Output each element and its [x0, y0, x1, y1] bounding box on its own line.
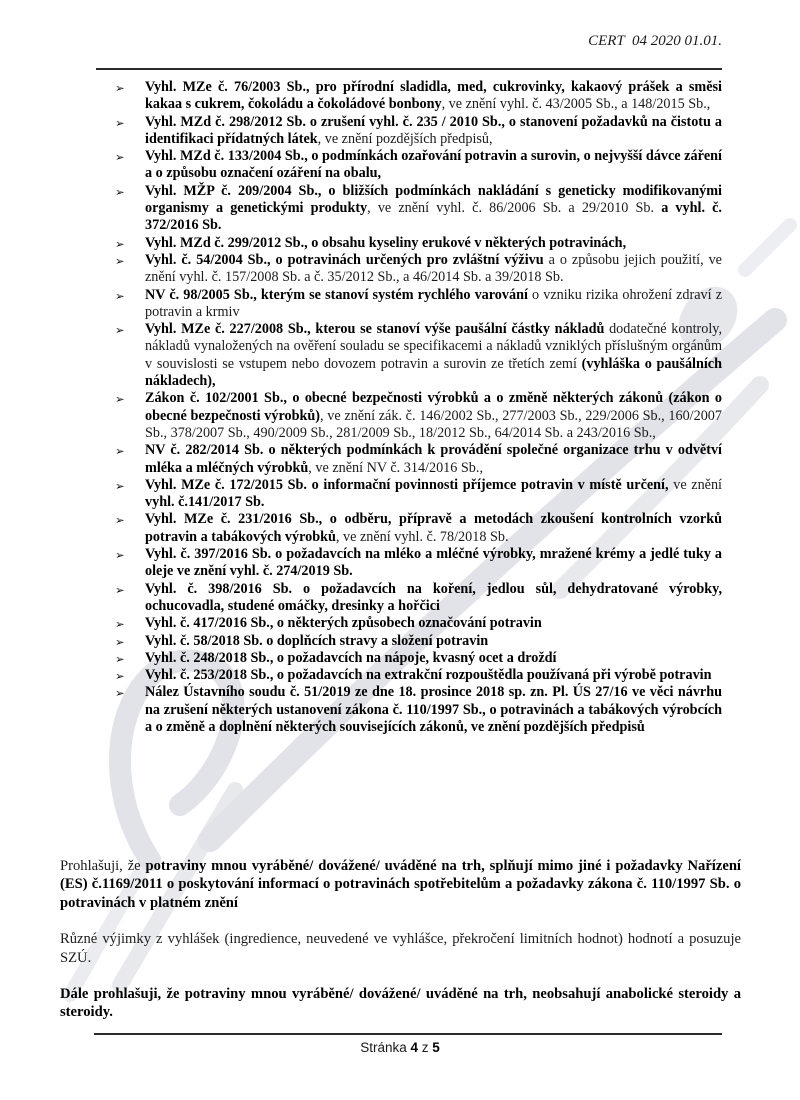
- list-item: ➢Vyhl. č. 417/2016 Sb., o některých způs…: [97, 615, 722, 632]
- list-item-text: Vyhl. č. 398/2016 Sb. o požadavcích na k…: [145, 581, 722, 614]
- text-bold: vyhl. č.141/2017 Sb.: [145, 494, 264, 510]
- list-item: ➢Vyhl. MZe č. 172/2015 Sb. o informační …: [97, 477, 722, 512]
- arrow-bullet-icon: ➢: [115, 80, 125, 97]
- arrow-bullet-icon: ➢: [115, 443, 125, 460]
- text-bold: Vyhl. č. 398/2016 Sb. o požadavcích na k…: [145, 581, 722, 614]
- list-item: ➢Vyhl. MZe č. 231/2016 Sb., o odběru, př…: [97, 511, 722, 546]
- list-item-text: Vyhl. MZe č. 76/2003 Sb., pro přírodní s…: [145, 79, 722, 112]
- arrow-bullet-icon: ➢: [115, 478, 125, 495]
- list-item-text: Vyhl. č. 417/2016 Sb., o některých způso…: [145, 615, 542, 631]
- list-item-text: Vyhl. č. 397/2016 Sb. o požadavcích na m…: [145, 546, 722, 579]
- arrow-bullet-icon: ➢: [115, 236, 125, 253]
- list-item-text: Vyhl. MZe č. 172/2015 Sb. o informační p…: [145, 477, 722, 510]
- declarations: Prohlašuji, že potraviny mnou vyráběné/ …: [60, 857, 741, 1040]
- arrow-bullet-icon: ➢: [115, 685, 125, 702]
- text-regular: , ve znění vyhl. č. 78/2018 Sb.: [336, 529, 509, 545]
- document-page: { "header": { "doc_code": "CERT 04 2020 …: [0, 0, 800, 1100]
- text-bold: NV č. 98/2005 Sb., kterým se stanoví sys…: [145, 287, 528, 303]
- text-bold: Vyhl. MZd č. 133/2004 Sb., o podmínkách …: [145, 148, 722, 181]
- regulation-list: ➢Vyhl. MZe č. 76/2003 Sb., pro přírodní …: [97, 79, 722, 736]
- text-regular: , ve znění vyhl. č. 86/2006 Sb. a 29/201…: [367, 200, 661, 216]
- list-item-text: Vyhl. č. 54/2004 Sb., o potravinách urče…: [145, 252, 722, 285]
- text-bold: potraviny mnou vyráběné/ dovážené/ uvádě…: [60, 858, 741, 911]
- text-regular: z: [418, 1040, 432, 1055]
- list-item: ➢Vyhl. č. 58/2018 Sb. o doplňcích stravy…: [97, 633, 722, 650]
- list-item-text: Vyhl. č. 248/2018 Sb., o požadavcích na …: [145, 650, 557, 666]
- document-code: CERT 04 2020 01.01.: [0, 33, 722, 50]
- text-bold: Vyhl. č. 397/2016 Sb. o požadavcích na m…: [145, 546, 722, 579]
- arrow-bullet-icon: ➢: [115, 253, 125, 270]
- arrow-bullet-icon: ➢: [115, 651, 125, 668]
- text-bold: Dále prohlašuji, že potraviny mnou vyráb…: [60, 986, 741, 1020]
- text-bold: Vyhl. č. 54/2004 Sb., o potravinách urče…: [145, 252, 544, 268]
- arrow-bullet-icon: ➢: [115, 115, 125, 132]
- text-regular: Prohlašuji, že: [60, 858, 146, 874]
- list-item-text: Vyhl. MŽP č. 209/2004 Sb., o bližších po…: [145, 183, 722, 234]
- list-item-text: Nález Ústavního soudu č. 51/2019 ze dne …: [145, 684, 722, 735]
- list-item: ➢Vyhl. MZd č. 299/2012 Sb., o obsahu kys…: [97, 235, 722, 252]
- page-number: Stránka 4 z 5: [0, 1040, 800, 1055]
- list-item: ➢Vyhl. MŽP č. 209/2004 Sb., o bližších p…: [97, 183, 722, 235]
- list-item-text: Vyhl. MZd č. 299/2012 Sb., o obsahu kyse…: [145, 235, 626, 251]
- bottom-divider: [94, 1033, 722, 1035]
- text-bold: Nález Ústavního soudu č. 51/2019 ze dne …: [145, 684, 722, 735]
- list-item-text: Vyhl. MZd č. 133/2004 Sb., o podmínkách …: [145, 148, 722, 181]
- list-item: ➢NV č. 98/2005 Sb., kterým se stanoví sy…: [97, 287, 722, 322]
- arrow-bullet-icon: ➢: [115, 634, 125, 651]
- text-regular: Různé výjimky z vyhlášek (ingredience, n…: [60, 931, 741, 965]
- arrow-bullet-icon: ➢: [115, 512, 125, 529]
- text-regular: , ve znění NV č. 314/2016 Sb.,: [308, 460, 483, 476]
- list-item: ➢Vyhl. MZd č. 133/2004 Sb., o podmínkách…: [97, 148, 722, 183]
- list-item-text: Vyhl. MZe č. 227/2008 Sb., kterou se sta…: [145, 321, 722, 389]
- arrow-bullet-icon: ➢: [115, 616, 125, 633]
- list-item-text: NV č. 98/2005 Sb., kterým se stanoví sys…: [145, 287, 722, 320]
- list-item: ➢Vyhl. MZd č. 298/2012 Sb. o zrušení vyh…: [97, 114, 722, 149]
- list-item: ➢Vyhl. č. 54/2004 Sb., o potravinách urč…: [97, 252, 722, 287]
- arrow-bullet-icon: ➢: [115, 582, 125, 599]
- arrow-bullet-icon: ➢: [115, 184, 125, 201]
- list-item-text: Vyhl. č. 58/2018 Sb. o doplňcích stravy …: [145, 633, 488, 649]
- list-item-text: Zákon č. 102/2001 Sb., o obecné bezpečno…: [145, 390, 722, 441]
- list-item: ➢NV č. 282/2014 Sb. o některých podmínká…: [97, 442, 722, 477]
- arrow-bullet-icon: ➢: [115, 322, 125, 339]
- text-regular: ve znění: [669, 477, 722, 493]
- list-item: ➢Vyhl. MZe č. 76/2003 Sb., pro přírodní …: [97, 79, 722, 114]
- top-divider: [96, 68, 722, 70]
- text-regular: , ve znění vyhl. č. 43/2005 Sb., a 148/2…: [442, 96, 711, 112]
- text-bold: 4: [410, 1040, 418, 1055]
- declaration-paragraph: Prohlašuji, že potraviny mnou vyráběné/ …: [60, 857, 741, 912]
- text-regular: , ve znění pozdějších předpisů,: [318, 131, 493, 147]
- list-item: ➢Nález Ústavního soudu č. 51/2019 ze dne…: [97, 684, 722, 736]
- text-bold: 5: [432, 1040, 440, 1055]
- text-regular: Stránka: [360, 1040, 410, 1055]
- list-item-text: Vyhl. č. 253/2018 Sb., o požadavcích na …: [145, 667, 712, 683]
- text-bold: Vyhl. č. 248/2018 Sb., o požadavcích na …: [145, 650, 557, 666]
- list-item: ➢Vyhl. MZe č. 227/2008 Sb., kterou se st…: [97, 321, 722, 390]
- list-item: ➢Vyhl. č. 253/2018 Sb., o požadavcích na…: [97, 667, 722, 684]
- list-item: ➢Vyhl. č. 398/2016 Sb. o požadavcích na …: [97, 581, 722, 616]
- arrow-bullet-icon: ➢: [115, 288, 125, 305]
- arrow-bullet-icon: ➢: [115, 547, 125, 564]
- text-bold: Vyhl. MZd č. 299/2012 Sb., o obsahu kyse…: [145, 235, 626, 251]
- declaration-paragraph: Různé výjimky z vyhlášek (ingredience, n…: [60, 930, 741, 967]
- list-item-text: NV č. 282/2014 Sb. o některých podmínkác…: [145, 442, 722, 475]
- arrow-bullet-icon: ➢: [115, 668, 125, 685]
- text-bold: Vyhl. MZe č. 172/2015 Sb. o informační p…: [145, 477, 669, 493]
- list-item: ➢Zákon č. 102/2001 Sb., o obecné bezpečn…: [97, 390, 722, 442]
- text-bold: Vyhl. MZe č. 227/2008 Sb., kterou se sta…: [145, 321, 604, 337]
- text-bold: Vyhl. č. 417/2016 Sb., o některých způso…: [145, 615, 542, 631]
- declaration-paragraph: Dále prohlašuji, že potraviny mnou vyráb…: [60, 985, 741, 1022]
- arrow-bullet-icon: ➢: [115, 391, 125, 408]
- text-bold: Vyhl. č. 253/2018 Sb., o požadavcích na …: [145, 667, 712, 683]
- list-item-text: Vyhl. MZd č. 298/2012 Sb. o zrušení vyhl…: [145, 114, 722, 147]
- text-bold: Vyhl. č. 58/2018 Sb. o doplňcích stravy …: [145, 633, 488, 649]
- arrow-bullet-icon: ➢: [115, 149, 125, 166]
- list-item: ➢Vyhl. č. 397/2016 Sb. o požadavcích na …: [97, 546, 722, 581]
- list-item-text: Vyhl. MZe č. 231/2016 Sb., o odběru, pří…: [145, 511, 722, 544]
- list-item: ➢Vyhl. č. 248/2018 Sb., o požadavcích na…: [97, 650, 722, 667]
